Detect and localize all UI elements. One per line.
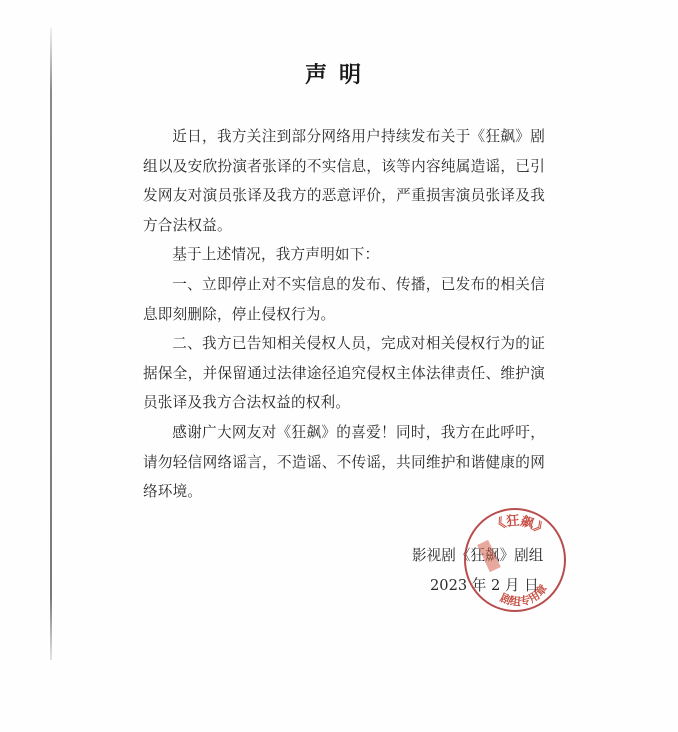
- seal-bottom-text: 剧组专用章: [498, 582, 550, 609]
- svg-text:《狂飙》: 《狂飙》: [490, 513, 551, 540]
- paragraph-closing: 感谢广大网友对《狂飙》的喜爱！同时，我方在此呼吁，请勿轻信网络谣言，不造谣、不传…: [143, 418, 545, 507]
- seal-text-graphic: 《狂飙》 剧组专用章: [463, 507, 569, 615]
- document-body: 近日，我方关注到部分网络用户持续发布关于《狂飙》剧组以及安欣扮演者张译的不实信息…: [143, 122, 545, 507]
- paragraph-item-1: 一、立即停止对不实信息的发布、传播，已发布的相关信息即刻删除，停止侵权行为。: [143, 270, 545, 329]
- document-title: 声明: [0, 58, 678, 89]
- statement-document: 声明 近日，我方关注到部分网络用户持续发布关于《狂飙》剧组以及安欣扮演者张译的不…: [0, 0, 678, 732]
- paragraph-item-2: 二、我方已告知相关侵权人员，完成对相关侵权行为的证据保全，并保留通过法律途径追究…: [143, 329, 545, 418]
- paragraph-intro: 近日，我方关注到部分网络用户持续发布关于《狂飙》剧组以及安欣扮演者张译的不实信息…: [143, 122, 545, 240]
- seal-top-text: 《狂飙》: [490, 513, 551, 540]
- paragraph-declaration-lead: 基于上述情况，我方声明如下：: [143, 240, 545, 270]
- svg-text:剧组专用章: 剧组专用章: [498, 582, 550, 609]
- paper-fold-line: [50, 28, 52, 660]
- official-seal-icon: 《狂飙》 剧组专用章: [464, 508, 566, 612]
